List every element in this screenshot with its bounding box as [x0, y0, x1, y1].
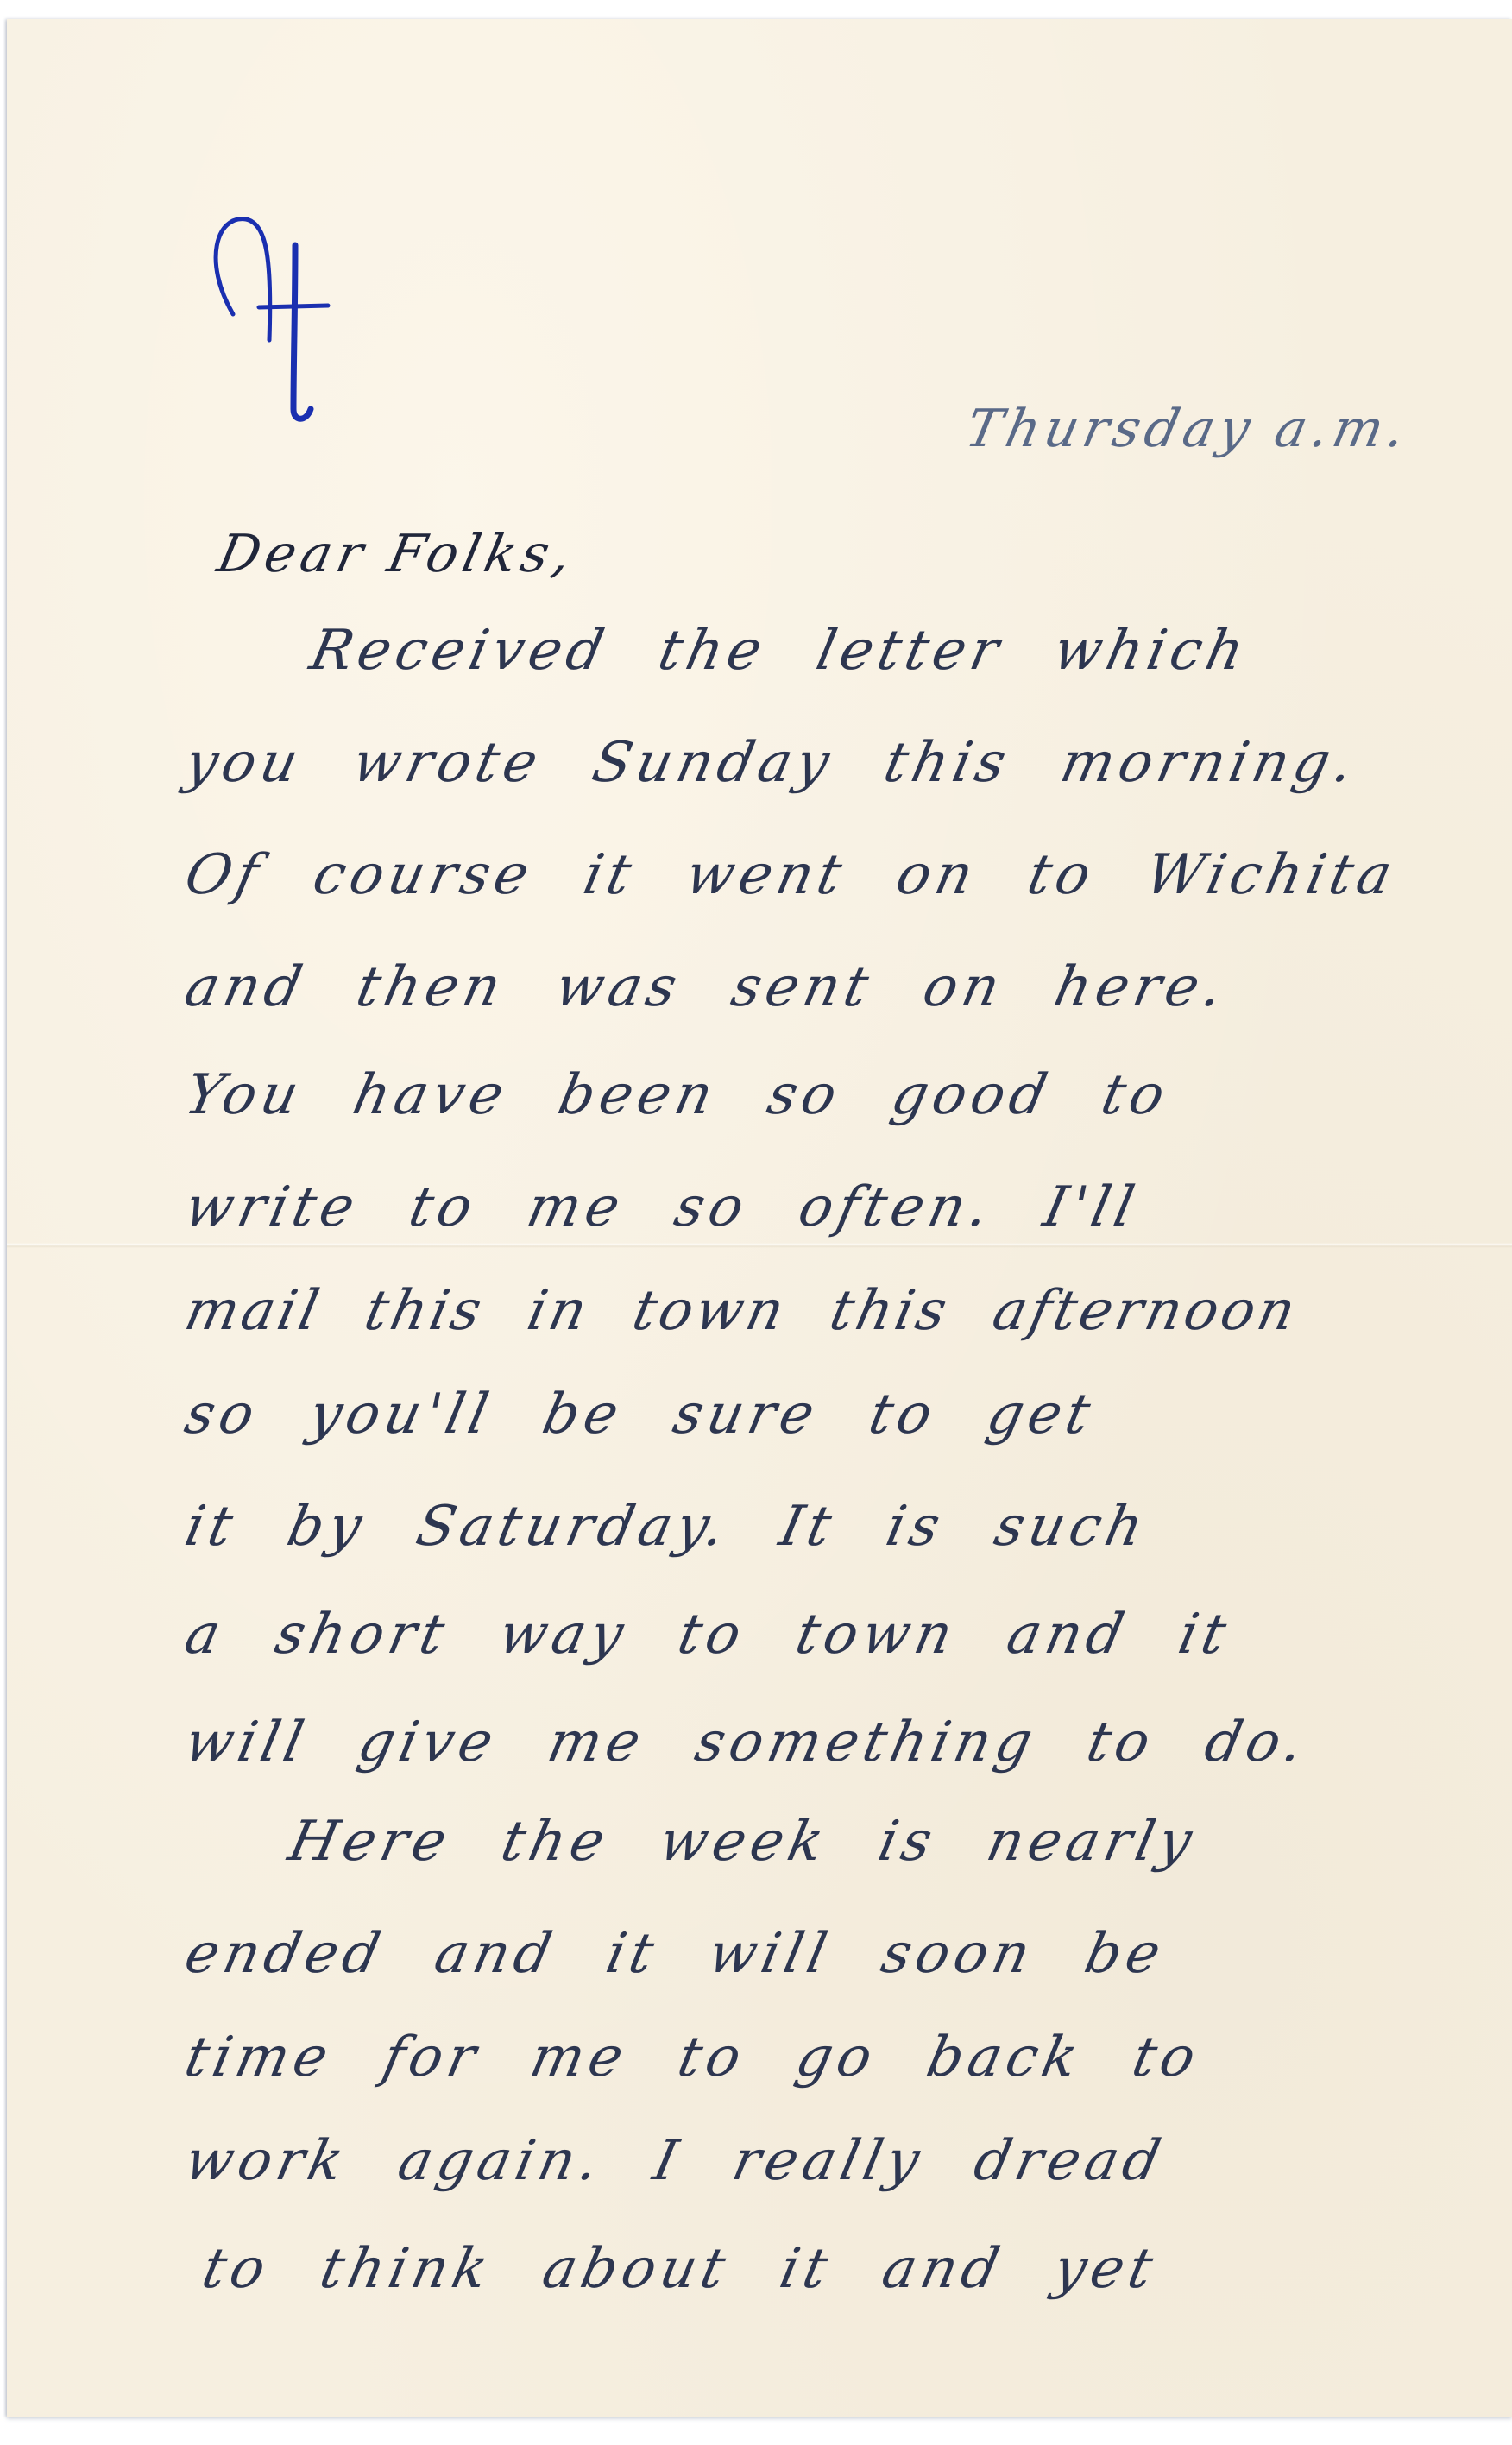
paper-fold-line	[7, 1243, 1512, 1248]
letter-line: mail this in town this afternoon	[180, 1279, 1304, 1343]
letter-line: to think about it and yet	[197, 2237, 1163, 2301]
letter-line: work again. I really dread	[180, 2129, 1171, 2193]
letter-line: a short way to town and it	[180, 1603, 1237, 1667]
letter-line: Received the letter which	[305, 619, 1255, 683]
letter-line: and then was sent on here.	[180, 955, 1233, 1019]
letter-line: so you'll be sure to get	[180, 1383, 1100, 1446]
letter-line: Here the week is nearly	[283, 1810, 1202, 1874]
letter-line: it by Saturday. It is such	[180, 1495, 1154, 1559]
letter-line: you wrote Sunday this morning.	[180, 731, 1364, 795]
monogram-h-icon	[198, 211, 354, 426]
letter-page: Thursday a.m. Dear Folks, Received the l…	[7, 19, 1512, 2417]
letter-line: will give me something to do.	[180, 1711, 1314, 1774]
letter-line: Of course it went on to Wichita	[180, 843, 1402, 907]
date-line: Thursday a.m.	[961, 399, 1416, 459]
letter-line: time for me to go back to	[180, 2026, 1206, 2089]
salutation: Dear Folks,	[212, 524, 582, 584]
letter-line: write to me so often. I'll	[180, 1175, 1144, 1239]
letter-line: ended and it will soon be	[180, 1922, 1171, 1986]
letter-line: You have been so good to	[180, 1063, 1175, 1127]
